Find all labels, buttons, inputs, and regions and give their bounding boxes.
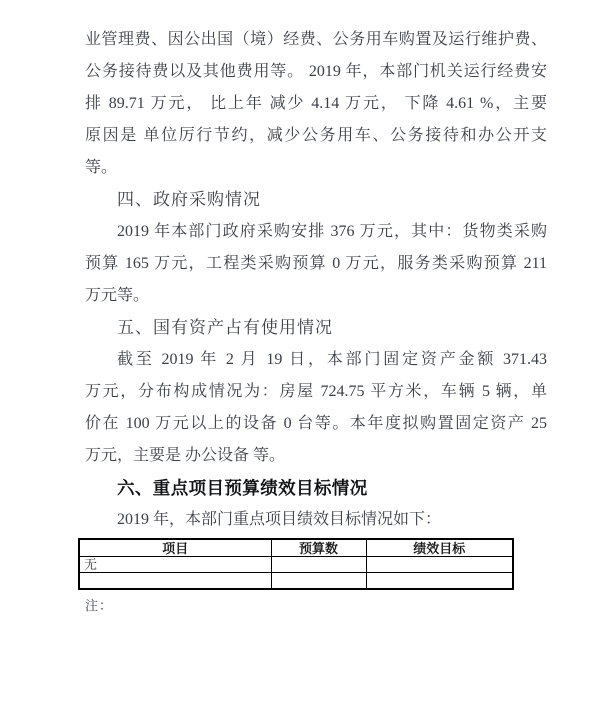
body-line: 价在 100 万元以上的设备 0 台等。本年度拟购置固定资产 25 <box>85 408 547 440</box>
body-line: 公务接待费以及其他费用等。 2019 年，本部门机关运行经费安 <box>85 56 547 88</box>
body-line: 万元，分布构成情况为：房屋 724.75 平方米，车辆 5 辆，单 <box>85 376 547 408</box>
body-line: 2019 年，本部门重点项目绩效目标情况如下： <box>85 504 547 536</box>
body-line: 预算 165 万元，工程类采购预算 0 万元，服务类采购预算 211 <box>85 248 547 280</box>
table-header-row: 项目 预算数 绩效目标 <box>79 539 513 557</box>
cell-project <box>79 573 271 590</box>
cell-budget <box>271 573 366 590</box>
body-line: 万元等。 <box>85 280 547 312</box>
document-body: 业管理费、因公出国（境）经费、公务用车购置及运行维护费、 公务接待费以及其他费用… <box>85 24 547 615</box>
performance-target-table: 项目 预算数 绩效目标 无 <box>78 538 514 590</box>
column-header-budget: 预算数 <box>271 539 366 557</box>
body-line: 业管理费、因公出国（境）经费、公务用车购置及运行维护费、 <box>85 24 547 56</box>
cell-project: 无 <box>79 557 271 573</box>
body-line: 万元，主要是 办公设备 等。 <box>85 440 547 472</box>
cell-perf-target <box>366 573 513 590</box>
column-header-perf-target: 绩效目标 <box>366 539 513 557</box>
table-row <box>79 573 513 590</box>
document-page: 业管理费、因公出国（境）经费、公务用车购置及运行维护费、 公务接待费以及其他费用… <box>0 0 600 724</box>
cell-budget <box>271 557 366 573</box>
table-row: 无 <box>79 557 513 573</box>
body-line: 排 89.71 万元， 比上年 减少 4.14 万元， 下降 4.61 %，主要 <box>85 88 547 120</box>
column-header-project: 项目 <box>79 539 271 557</box>
note-label: 注： <box>85 597 547 615</box>
section-heading-4: 四、政府采购情况 <box>85 184 547 216</box>
body-line: 截至 2019 年 2 月 19 日，本部门固定资产金额 371.43 <box>85 344 547 376</box>
section-heading-6: 六、重点项目预算绩效目标情况 <box>85 472 547 504</box>
cell-perf-target <box>366 557 513 573</box>
section-heading-5: 五、国有资产占有使用情况 <box>85 312 547 344</box>
body-line: 2019 年本部门政府采购安排 376 万元，其中：货物类采购 <box>85 216 547 248</box>
body-line: 原因是 单位厉行节约，减少公务用车、公务接待和办公开支 <box>85 120 547 152</box>
body-line: 等。 <box>85 152 547 184</box>
